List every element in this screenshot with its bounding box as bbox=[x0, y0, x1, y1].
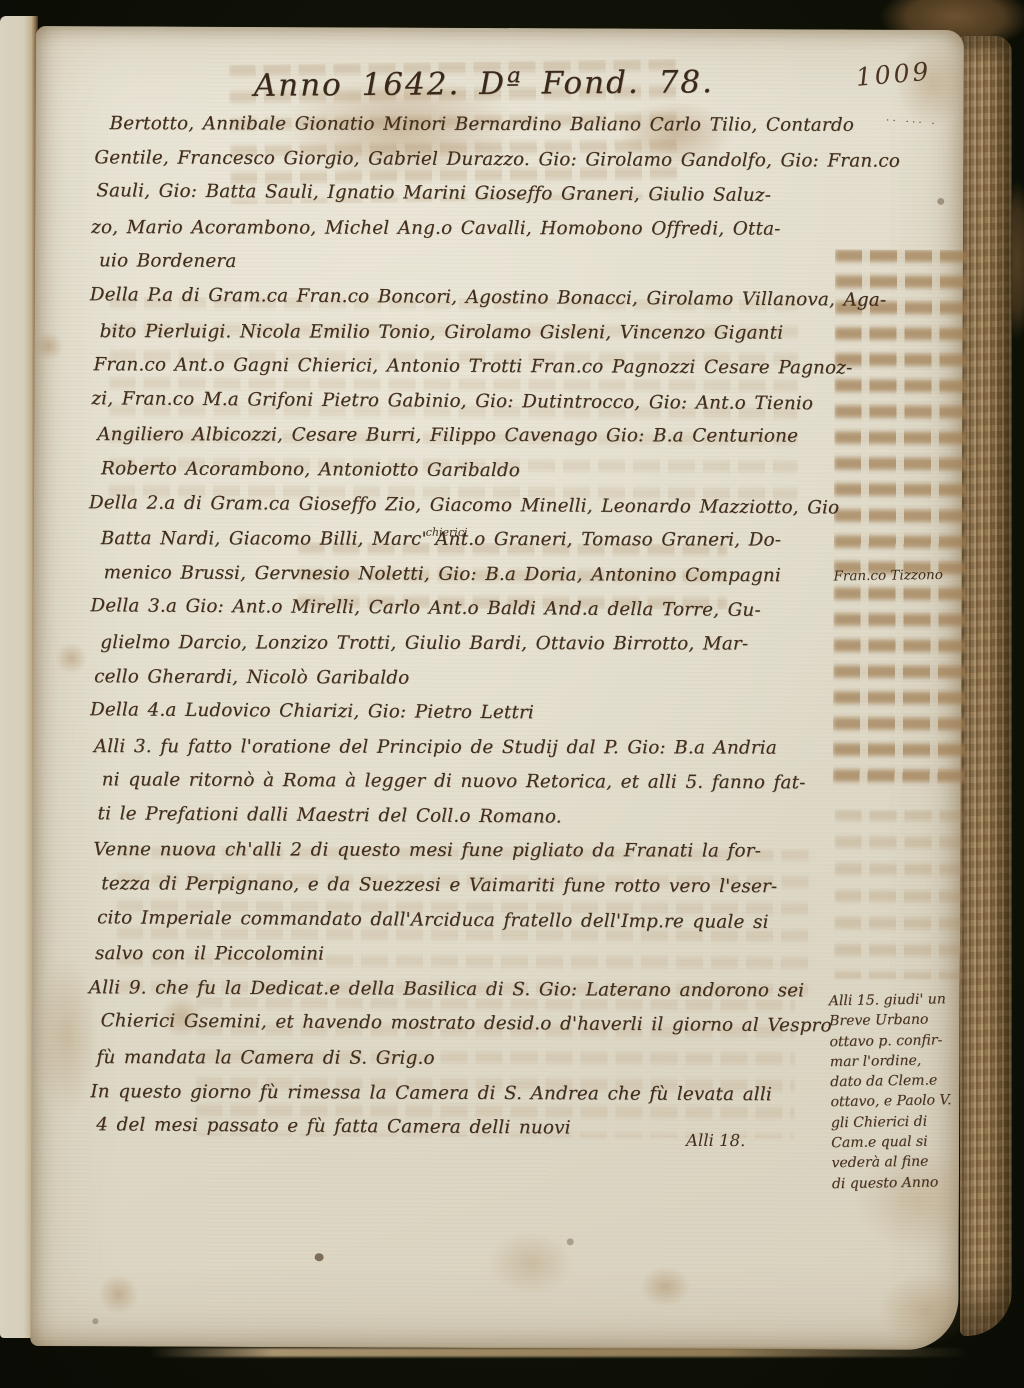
manuscript-line: Alli 3. fu fatto l'oratione del Principi… bbox=[94, 730, 863, 766]
date-note: Alli 18. bbox=[686, 1131, 745, 1150]
manuscript-line: cito Imperiale commandato dall'Arciduca … bbox=[97, 901, 862, 941]
ink-speck bbox=[92, 1318, 98, 1324]
manuscript-line: Della P.a di Gram.ca Fran.co Boncori, Ag… bbox=[90, 278, 865, 318]
interlinear-note: chierici bbox=[426, 526, 468, 539]
manuscript-line: bito Pierluigi. Nicola Emilio Tonio, Gir… bbox=[100, 315, 865, 351]
manuscript-line: Fran.co Ant.o Gagni Chierici, Antonio Tr… bbox=[93, 348, 864, 386]
ink-speck bbox=[937, 198, 944, 205]
ink-speck bbox=[567, 1238, 574, 1245]
manuscript-line: glielmo Darcio, Lonzizo Trotti, Giulio B… bbox=[100, 626, 863, 662]
manuscript-line: Venne nuova ch'alli 2 di questo mesi fun… bbox=[93, 834, 862, 870]
margin-note-line: dato da Clem.e bbox=[830, 1070, 998, 1093]
manuscript-line: cello Gherardi, Nicolò Garibaldo bbox=[94, 660, 863, 698]
manuscript-line: Sauli, Gio: Batta Sauli, Ignatio Marini … bbox=[96, 174, 865, 214]
margin-note-line: ottavo, e Paolo V. bbox=[830, 1090, 998, 1113]
page-heading: Anno 1642. Dª Fond. 78. bbox=[254, 64, 724, 104]
manuscript-page: Anno 1642. Dª Fond. 78. 1009 ·· ··· · Be… bbox=[30, 26, 964, 1350]
margin-note: Alli 15. giudi' un Breve Urbano ottavo p… bbox=[829, 988, 1000, 1194]
margin-note-line: Cam.e qual si bbox=[831, 1131, 999, 1154]
manuscript-line: tezza di Perpignano, e da Suezzesi e Vai… bbox=[101, 867, 862, 905]
manuscript-line: menico Brussi, Gervnesio Noletti, Gio: B… bbox=[104, 556, 864, 594]
folio-number: 1009 bbox=[855, 57, 933, 92]
bottom-page-edges bbox=[150, 1348, 970, 1357]
margin-note-line: Breve Urbano bbox=[829, 1009, 997, 1032]
manuscript-line: Della 2.a di Gram.ca Gioseffo Zio, Giaco… bbox=[89, 486, 864, 526]
margin-note-line: vederà al fine bbox=[831, 1151, 999, 1174]
manuscript-line: uio Bordenera bbox=[99, 245, 865, 283]
manuscript-line: Chierici Gsemini, et havendo mostrato de… bbox=[101, 1005, 862, 1045]
margin-note-line: ottavo p. confir- bbox=[829, 1029, 997, 1052]
stain bbox=[49, 636, 93, 680]
manuscript-line: salvo con il Piccolomini bbox=[95, 937, 862, 973]
margin-note-line: mar l'ordine, bbox=[830, 1049, 998, 1072]
manuscript-line: zo, Mario Acorambono, Michel Ang.o Caval… bbox=[91, 211, 865, 247]
stain bbox=[29, 326, 69, 366]
manuscript-line: Angiliero Albicozzi, Cesare Burri, Filip… bbox=[97, 418, 864, 454]
manuscript-line: 4 del mesi passato e fù fatta Camera del… bbox=[96, 1108, 861, 1148]
manuscript-line: fù mandata la Camera di S. Grig.o bbox=[96, 1041, 861, 1077]
margin-note-line: di questo Anno bbox=[832, 1171, 1000, 1194]
manuscript-line: Batta Nardi, Giacomo Billi, Marc' Ant.o … bbox=[101, 522, 864, 558]
ink-speck bbox=[315, 1253, 324, 1261]
ink-specks: ·· ··· · bbox=[885, 114, 946, 138]
stain bbox=[630, 1259, 700, 1315]
manuscript-line: zi, Fran.co M.a Grifoni Pietro Gabinio, … bbox=[91, 382, 864, 422]
stain bbox=[470, 1218, 590, 1309]
manuscript-line: Alli 9. che fu la Dedicat.e della Basili… bbox=[89, 971, 862, 1009]
manuscript-line: Bertotto, Annibale Gionatio Minori Berna… bbox=[110, 107, 866, 143]
book-background: Anno 1642. Dª Fond. 78. 1009 ·· ··· · Be… bbox=[0, 0, 1024, 1388]
manuscript-line: Della 3.a Gio: Ant.o Mirelli, Carlo Ant.… bbox=[90, 590, 863, 630]
manuscript-line: ti le Prefationi dalli Maestri del Coll.… bbox=[97, 797, 862, 837]
margin-note-line: Alli 15. giudi' un bbox=[829, 988, 997, 1011]
margin-note-line: gli Chierici di bbox=[831, 1110, 999, 1133]
manuscript-line: In questo giorno fù rimessa la Camera di… bbox=[90, 1075, 861, 1113]
manuscript-body: Bertotto, Annibale Gionatio Minori Berna… bbox=[86, 106, 866, 1147]
manuscript-line: Roberto Acorambono, Antoniotto Garibaldo bbox=[101, 452, 864, 490]
manuscript-line: ni quale ritornò à Roma à legger di nuov… bbox=[102, 764, 863, 802]
manuscript-line: Della 4.a Ludovico Chiarizi, Gio: Pietro… bbox=[90, 693, 863, 733]
stain bbox=[90, 1266, 146, 1322]
margin-addition: Fran.co Tizzono bbox=[834, 567, 944, 584]
manuscript-line: Gentile, Francesco Giorgio, Gabriel Dura… bbox=[94, 141, 865, 179]
